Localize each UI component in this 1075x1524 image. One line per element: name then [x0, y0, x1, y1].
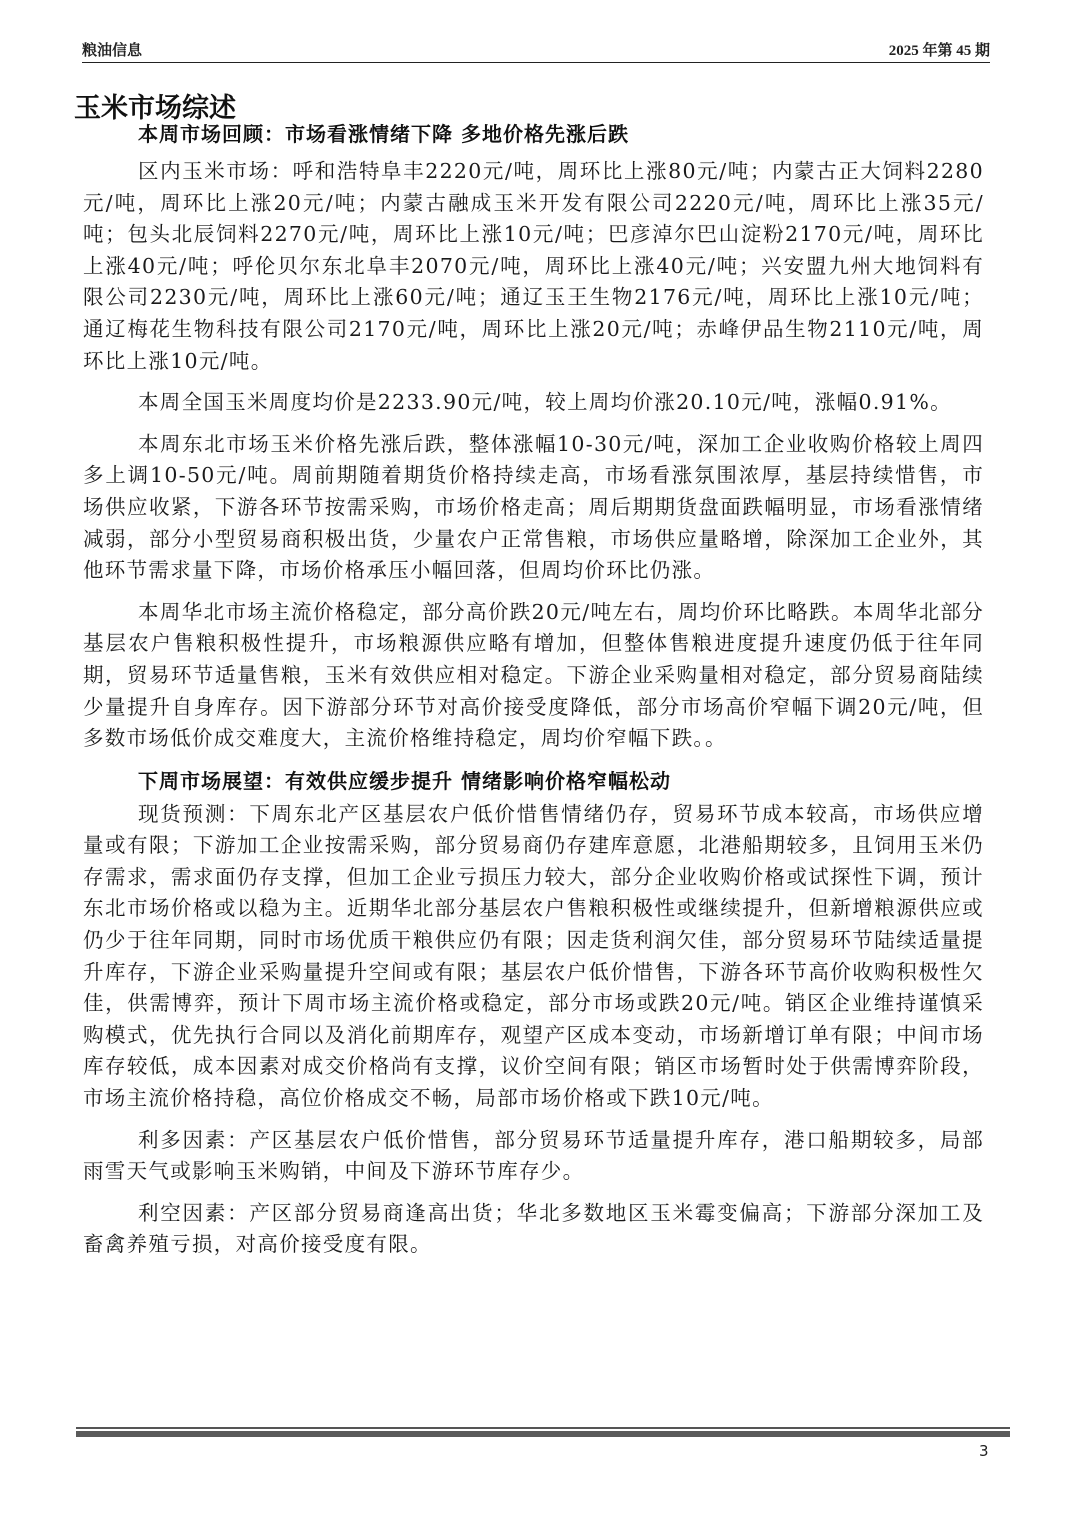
paragraph-national-average: 本周全国玉米周度均价是2233.90元/吨，较上周均价涨20.10元/吨，涨幅0… [83, 387, 984, 419]
footer-divider-thin [76, 1427, 1010, 1429]
paragraph-north-china-market: 本周华北市场主流价格稳定，部分高价跌20元/吨左右，周均价环比略跌。本周华北部分… [83, 597, 984, 755]
article-body: 本周市场回顾：市场看涨情绪下降 多地价格先涨后跌 区内玉米市场：呼和浩特阜丰22… [83, 118, 984, 1271]
issue-number: 2025 年第 45 期 [889, 39, 990, 60]
section-weekly-review: 本周市场回顾：市场看涨情绪下降 多地价格先涨后跌 区内玉米市场：呼和浩特阜丰22… [83, 118, 984, 755]
section-heading-weekly-review: 本周市场回顾：市场看涨情绪下降 多地价格先涨后跌 [83, 118, 984, 150]
paragraph-bearish-factors: 利空因素：产区部分贸易商逢高出货；华北多数地区玉米霉变偏高；下游部分深加工及畜禽… [83, 1198, 984, 1261]
paragraph-bullish-factors: 利多因素：产区基层农户低价惜售，部分贸易环节适量提升库存，港口船期较多，局部雨雪… [83, 1125, 984, 1188]
section-heading-outlook: 下周市场展望：有效供应缓步提升 情绪影响价格窄幅松动 [83, 765, 984, 797]
section-next-week-outlook: 下周市场展望：有效供应缓步提升 情绪影响价格窄幅松动 现货预测：下周东北产区基层… [83, 765, 984, 1261]
publication-name: 粮油信息 [82, 39, 142, 60]
page-number: 3 [979, 1442, 989, 1460]
paragraph-northeast-market: 本周东北市场玉米价格先涨后跌，整体涨幅10-30元/吨，深加工企业收购价格较上周… [83, 429, 984, 587]
page-header: 粮油信息 2025 年第 45 期 [82, 40, 990, 63]
paragraph-spot-forecast: 现货预测：下周东北产区基层农户低价惜售情绪仍存，贸易环节成本较高，市场供应增量或… [83, 799, 984, 1115]
footer-divider-thick [76, 1431, 1010, 1437]
paragraph-regional-prices: 区内玉米市场：呼和浩特阜丰2220元/吨，周环比上涨80元/吨；内蒙古正大饲料2… [83, 156, 984, 377]
